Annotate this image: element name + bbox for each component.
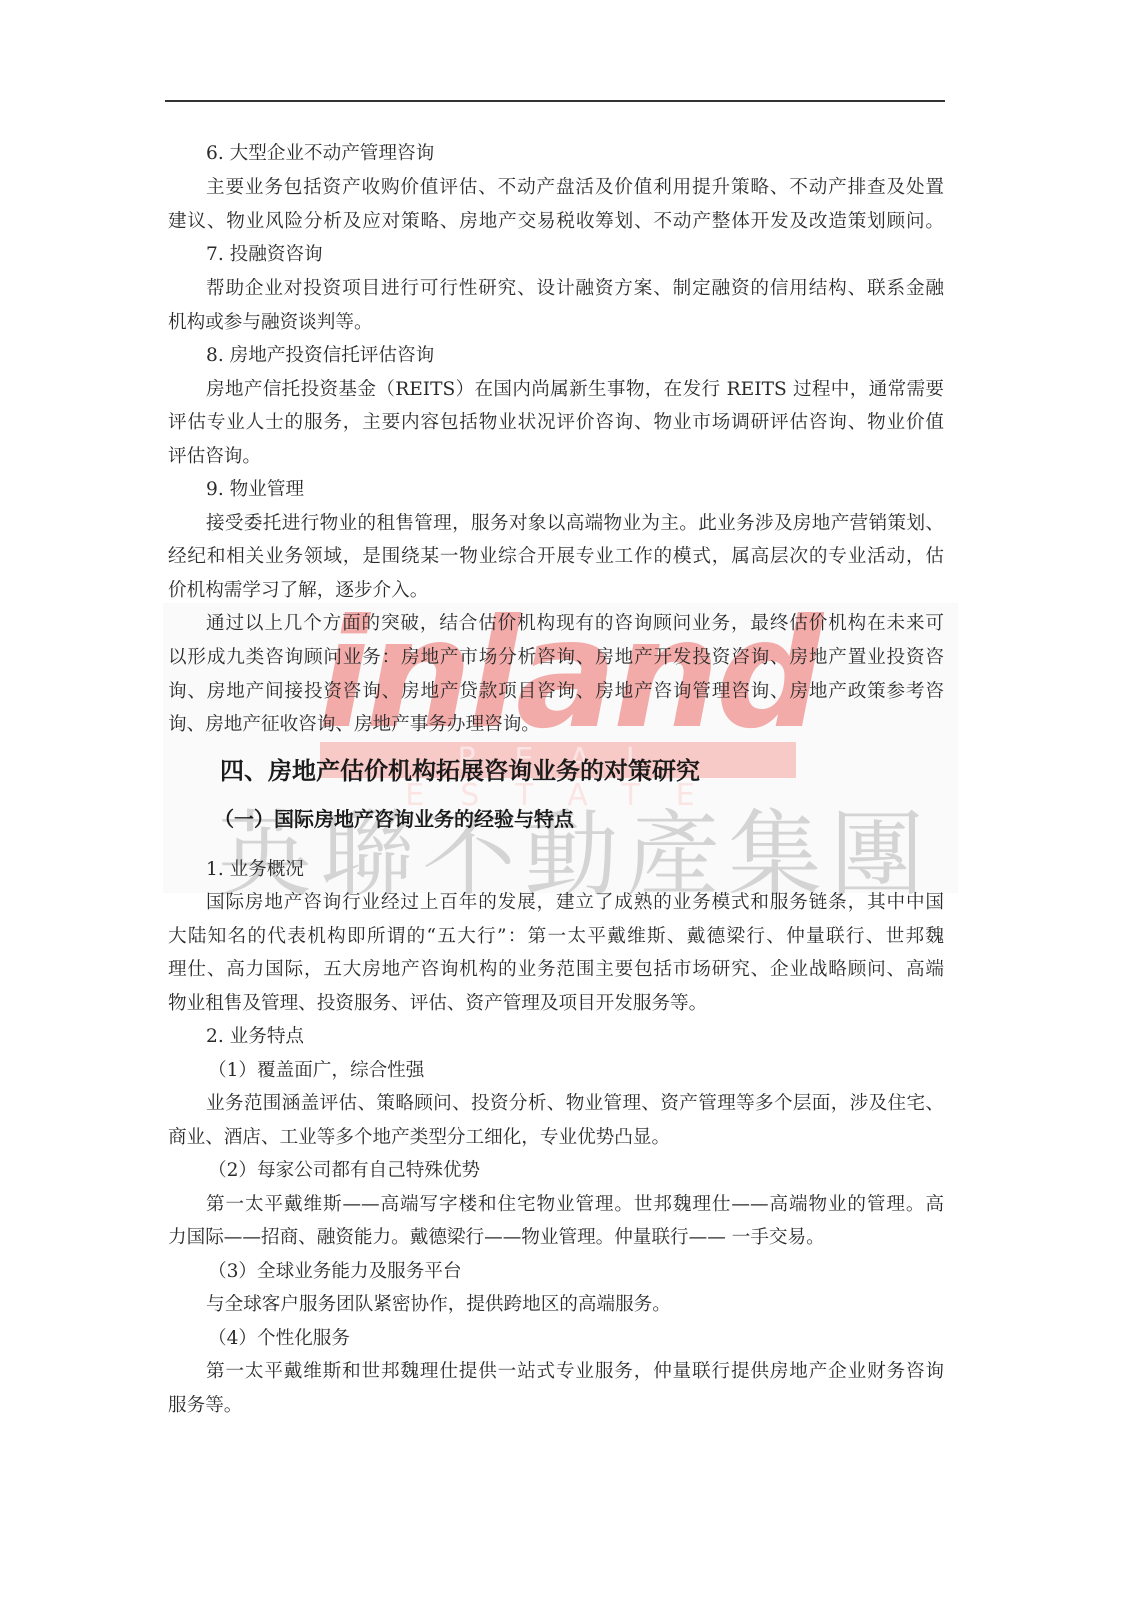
paragraph-line: 商业、酒店、工业等多个地产类型分工细化，专业优势凸显。 xyxy=(168,1126,670,1150)
paragraph-line: 大陆知名的代表机构即所谓的“五大行”：第一太平戴维斯、戴德梁行、仲量联行、世邦魏 xyxy=(168,925,944,949)
paragraph-line: 询、房地产征收咨询、房地产事务办理咨询。 xyxy=(168,713,540,737)
list-item-title: （1）覆盖面广，综合性强 xyxy=(208,1059,424,1083)
paragraph-line: 机构或参与融资谈判等。 xyxy=(168,311,373,335)
paragraph-line: 主要业务包括资产收购价值评估、不动产盘活及价值利用提升策略、不动产排查及处置 xyxy=(206,176,944,200)
list-item-title: （3）全球业务能力及服务平台 xyxy=(208,1260,462,1284)
paragraph-line: 房地产信托投资基金（REITS）在国内尚属新生事物，在发行 REITS 过程中，… xyxy=(206,378,944,402)
paragraph-line: 帮助企业对投资项目进行可行性研究、设计融资方案、制定融资的信用结构、联系金融 xyxy=(206,277,944,301)
paragraph-line: 价机构需学习了解，逐步介入。 xyxy=(168,579,428,603)
section-title-6: 6. 大型企业不动产管理咨询 xyxy=(206,142,434,166)
header-rule xyxy=(165,100,945,102)
paragraph-line: 服务等。 xyxy=(168,1394,242,1418)
paragraph-line: 第一太平戴维斯和世邦魏理仕提供一站式专业服务，仲量联行提供房地产企业财务咨询 xyxy=(206,1360,944,1384)
section-title-9: 9. 物业管理 xyxy=(206,478,304,502)
paragraph-line: 业务范围涵盖评估、策略顾问、投资分析、物业管理、资产管理等多个层面，涉及住宅、 xyxy=(206,1092,944,1116)
paragraph-line: 接受委托进行物业的租售管理，服务对象以高端物业为主。此业务涉及房地产营销策划、 xyxy=(206,512,944,536)
paragraph-line: 国际房地产咨询行业经过上百年的发展，建立了成熟的业务模式和服务链条，其中中国 xyxy=(206,891,944,915)
list-item-title: （4）个性化服务 xyxy=(208,1327,350,1351)
paragraph-line: 评估专业人士的服务，主要内容包括物业状况评价咨询、物业市场调研评估咨询、物业价值 xyxy=(168,411,944,435)
paragraph-line: 通过以上几个方面的突破，结合估价机构现有的咨询顾问业务，最终估价机构在未来可 xyxy=(206,612,944,636)
paragraph-line: 建议、物业风险分析及应对策略、房地产交易税收筹划、不动产整体开发及改造策划顾问。 xyxy=(168,210,944,234)
section-title-8: 8. 房地产投资信托评估咨询 xyxy=(206,344,434,368)
section-title: 2. 业务特点 xyxy=(206,1025,304,1049)
paragraph-line: 第一太平戴维斯——高端写字楼和住宅物业管理。世邦魏理仕——高端物业的管理。高 xyxy=(206,1193,944,1217)
paragraph-line: 理仕、高力国际，五大房地产咨询机构的业务范围主要包括市场研究、企业战略顾问、高端 xyxy=(168,958,944,982)
paragraph-line: 力国际——招商、融资能力。戴德梁行——物业管理。仲量联行—— 一手交易。 xyxy=(168,1226,825,1250)
list-item-title: （2）每家公司都有自己特殊优势 xyxy=(208,1159,480,1183)
paragraph-line: 物业租售及管理、投资服务、评估、资产管理及项目开发服务等。 xyxy=(168,992,707,1016)
paragraph-line: 与全球客户服务团队紧密协作，提供跨地区的高端服务。 xyxy=(206,1293,671,1317)
section-title-7: 7. 投融资咨询 xyxy=(206,243,323,267)
section-title: 1. 业务概况 xyxy=(206,858,304,882)
paragraph-line: 经纪和相关业务领域，是围绕某一物业综合开展专业工作的模式，属高层次的专业活动，估 xyxy=(168,545,944,569)
paragraph-line: 询、房地产间接投资咨询、房地产贷款项目咨询、房地产咨询管理咨询、房地产政策参考咨 xyxy=(168,680,944,704)
chapter-heading: 四、房地产估价机构拓展咨询业务的对策研究 xyxy=(220,756,700,786)
paragraph-line: 以形成九类咨询顾问业务：房地产市场分析咨询、房地产开发投资咨询、房地产置业投资咨 xyxy=(168,646,944,670)
subsection-heading: （一）国际房地产咨询业务的经验与特点 xyxy=(214,806,574,832)
paragraph-line: 评估咨询。 xyxy=(168,445,261,469)
document-page: inland REAL ESTATE 英聯不動產集團 6. 大型企业不动产管理咨… xyxy=(0,0,1131,1600)
